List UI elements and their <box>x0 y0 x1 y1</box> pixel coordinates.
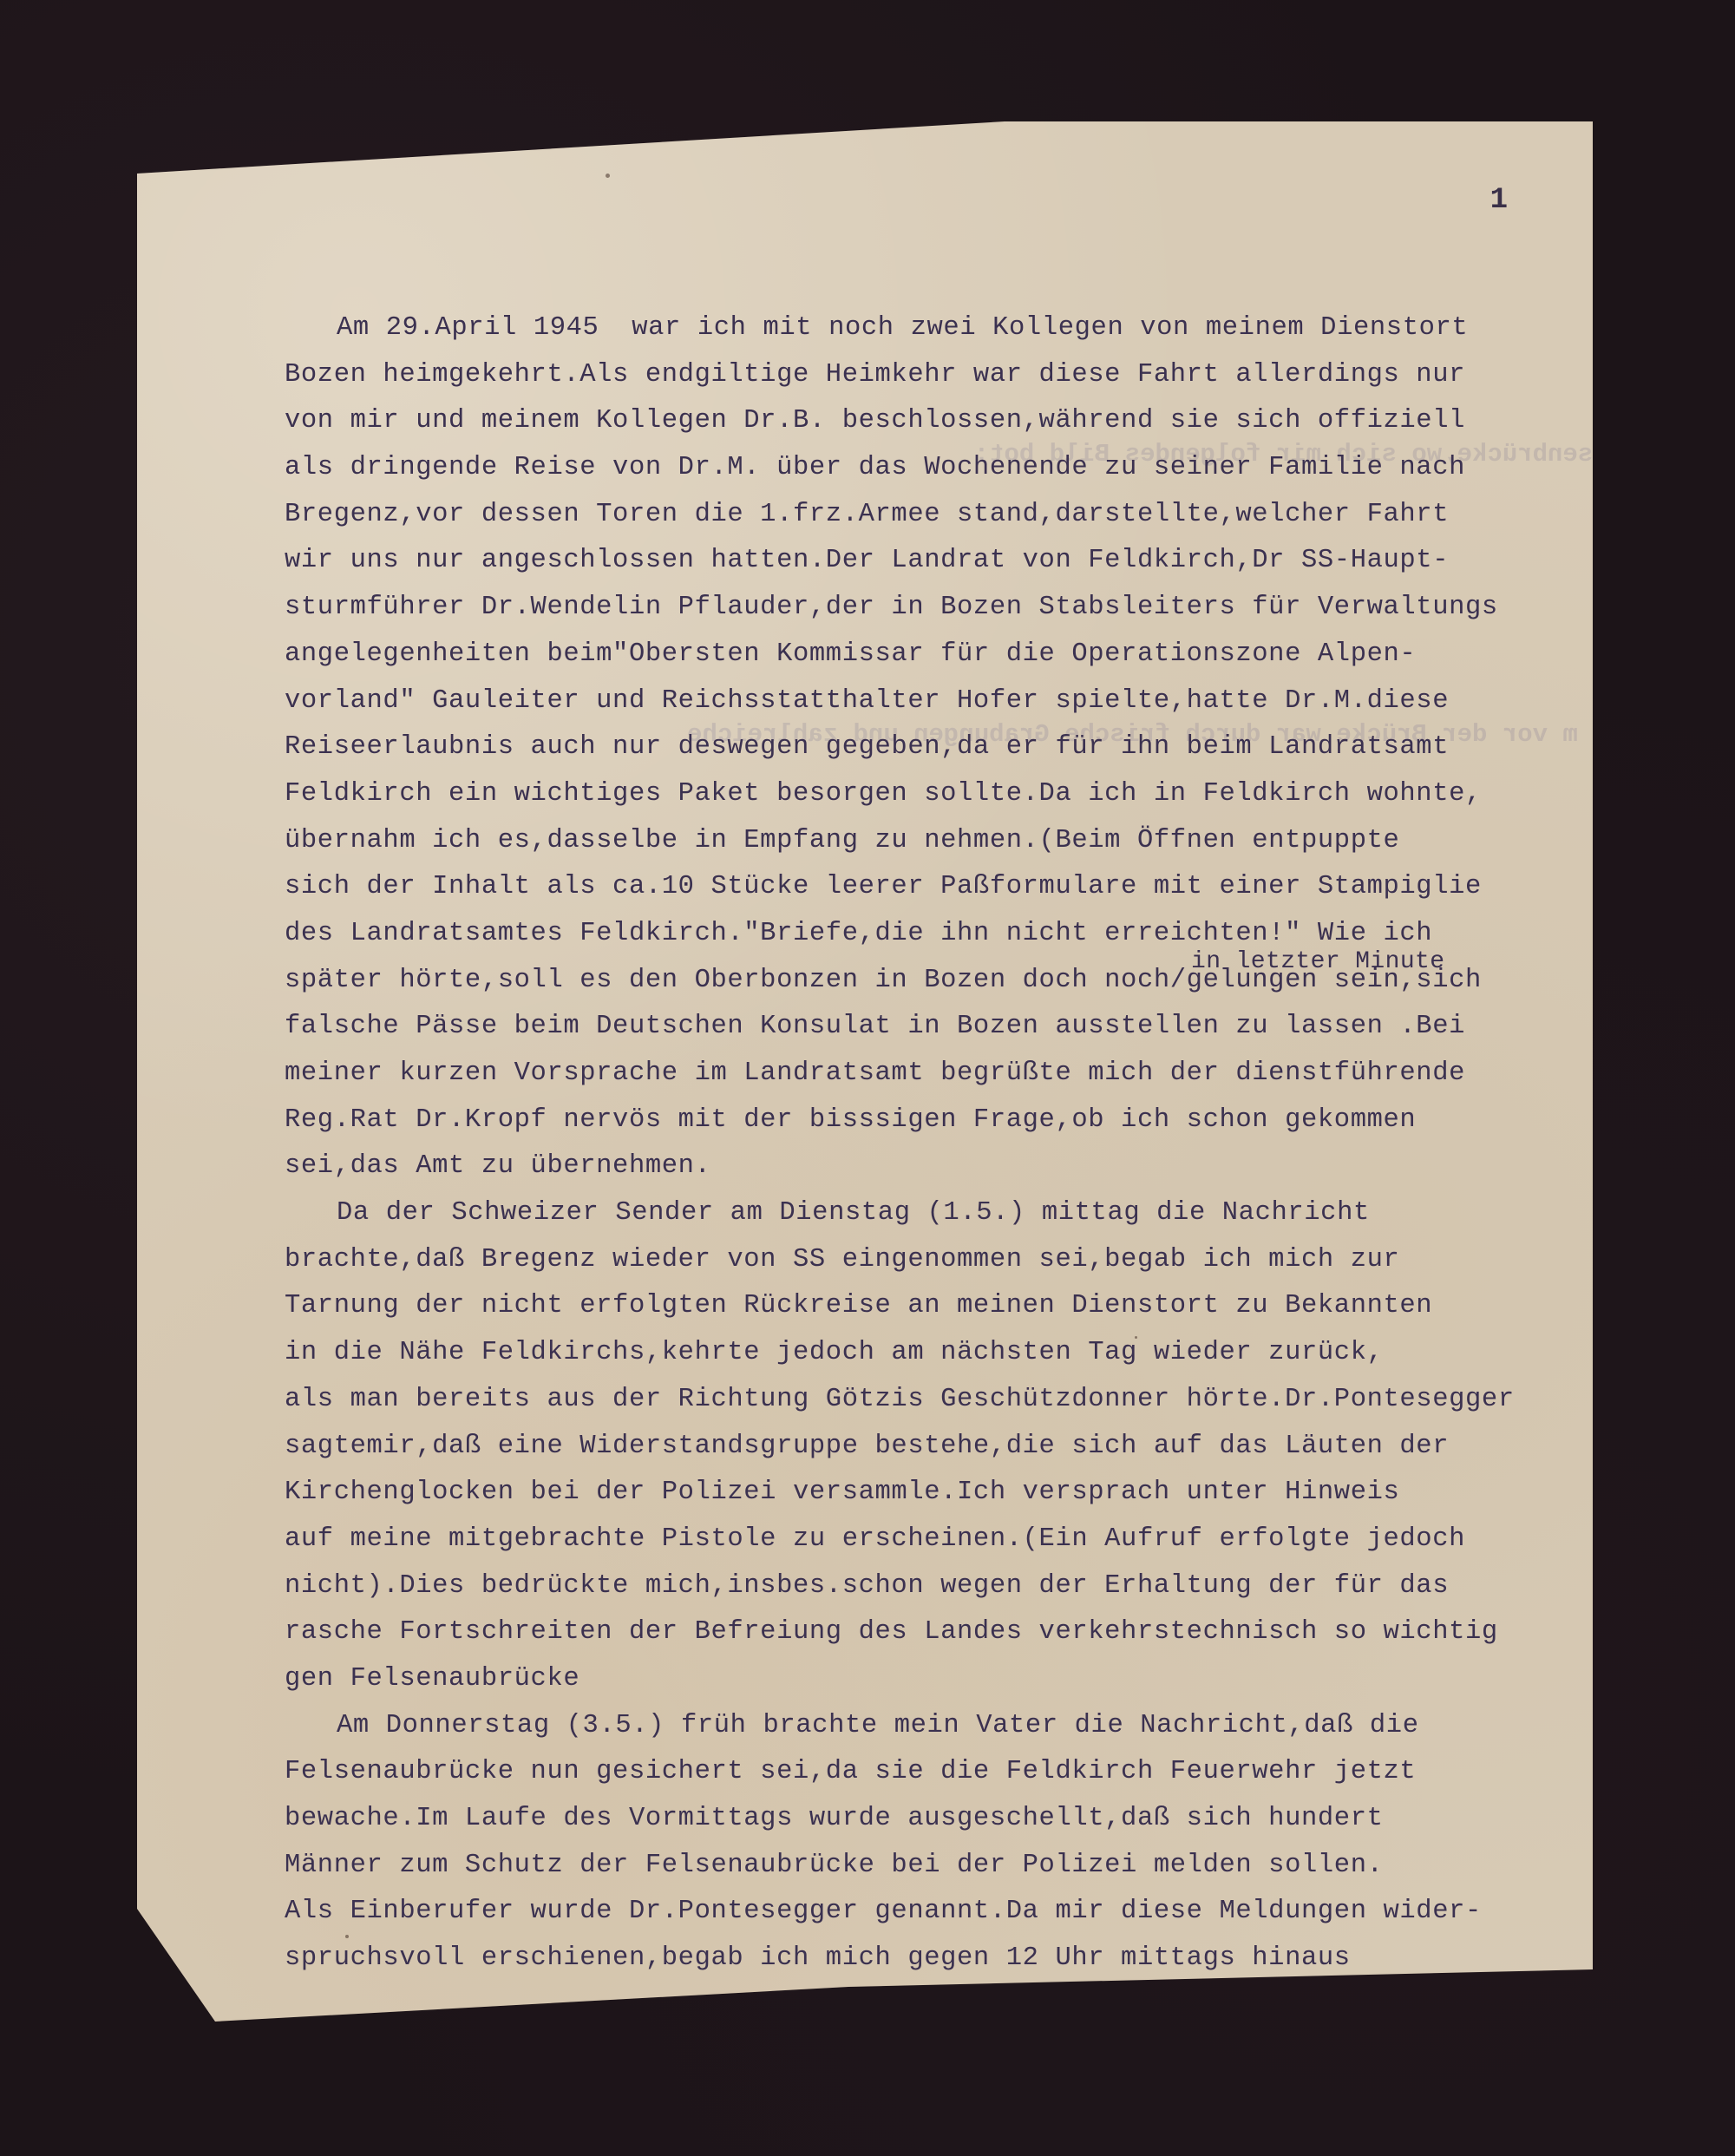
line-text: Bregenz,vor dessen Toren die 1.frz.Armee… <box>285 500 1449 529</box>
text-line: später hörte,soll es den Oberbonzen in B… <box>285 958 1586 1005</box>
text-line: Bregenz,vor dessen Toren die 1.frz.Armee… <box>285 492 1586 539</box>
line-text: Als Einberufer wurde Dr.Pontesegger gena… <box>285 1897 1482 1926</box>
text-line: Als Einberufer wurde Dr.Pontesegger gena… <box>285 1889 1586 1936</box>
text-line: Da der Schweizer Sender am Dienstag (1.5… <box>285 1190 1586 1237</box>
line-text: angelegenheiten beim"Obersten Kommissar … <box>285 639 1416 669</box>
line-text: Männer zum Schutz der Felsenaubrücke bei… <box>285 1851 1384 1880</box>
text-line: nicht).Dies bedrückte mich,insbes.schon … <box>285 1563 1586 1610</box>
text-line: Reg.Rat Dr.Kropf nervös mit der bisssige… <box>285 1098 1586 1144</box>
line-text: Reiseerlaubnis auch nur deswegen gegeben… <box>285 732 1449 762</box>
paper-speck <box>1135 1336 1137 1339</box>
body-text: Am 29.April 1945 war ich mit noch zwei K… <box>285 305 1586 1982</box>
text-line: als dringende Reise von Dr.M. über das W… <box>285 445 1586 492</box>
line-text: gen Felsenaubrücke <box>285 1664 579 1694</box>
page-number: 1 <box>1490 184 1508 217</box>
line-text: Felsenaubrücke nun gesichert sei,da sie … <box>285 1757 1416 1786</box>
line-text: spruchsvoll erschienen,begab ich mich ge… <box>285 1943 1351 1973</box>
text-line: als man bereits aus der Richtung Götzis … <box>285 1377 1586 1424</box>
line-text: meiner kurzen Vorsprache im Landratsamt … <box>285 1058 1465 1088</box>
text-line: von mir und meinem Kollegen Dr.B. beschl… <box>285 398 1586 445</box>
line-text: Reg.Rat Dr.Kropf nervös mit der bisssige… <box>285 1105 1416 1135</box>
line-text: falsche Pässe beim Deutschen Konsulat in… <box>285 1012 1465 1041</box>
interlinear-insertion: in letzter Minute <box>1191 939 1444 986</box>
text-line: Am 29.April 1945 war ich mit noch zwei K… <box>285 305 1586 352</box>
text-line: übernahm ich es,dasselbe in Empfang zu n… <box>285 818 1586 865</box>
text-line: falsche Pässe beim Deutschen Konsulat in… <box>285 1004 1586 1051</box>
line-text: Bozen heimgekehrt.Als endgiltige Heimkeh… <box>285 360 1465 390</box>
line-text: von mir und meinem Kollegen Dr.B. beschl… <box>285 406 1465 436</box>
text-line: sich der Inhalt als ca.10 Stücke leerer … <box>285 864 1586 911</box>
line-text: Kirchenglocken bei der Polizei versammle… <box>285 1478 1399 1507</box>
text-line: angelegenheiten beim"Obersten Kommissar … <box>285 632 1586 678</box>
line-text: auf meine mitgebrachte Pistole zu ersche… <box>285 1524 1465 1554</box>
text-line: sei,das Amt zu übernehmen. <box>285 1144 1586 1190</box>
line-text: Feldkirch ein wichtiges Paket besorgen s… <box>285 779 1482 809</box>
line-text: wir uns nur angeschlossen hatten.Der Lan… <box>285 546 1449 575</box>
line-text: Am 29.April 1945 war ich mit noch zwei K… <box>337 313 1468 343</box>
text-line: Männer zum Schutz der Felsenaubrücke bei… <box>285 1843 1586 1890</box>
text-line: Bozen heimgekehrt.Als endgiltige Heimkeh… <box>285 352 1586 399</box>
text-line: Tarnung der nicht erfolgten Rückreise an… <box>285 1283 1586 1330</box>
text-line: Kirchenglocken bei der Polizei versammle… <box>285 1470 1586 1517</box>
line-text: Tarnung der nicht erfolgten Rückreise an… <box>285 1291 1432 1320</box>
line-text: als man bereits aus der Richtung Götzis … <box>285 1385 1515 1414</box>
line-text: Da der Schweizer Sender am Dienstag (1.5… <box>337 1198 1370 1228</box>
line-text: brachte,daß Bregenz wieder von SS eingen… <box>285 1245 1399 1275</box>
text-line: vorland" Gauleiter und Reichsstatthalter… <box>285 678 1586 725</box>
text-line: Felsenaubrücke nun gesichert sei,da sie … <box>285 1749 1586 1796</box>
line-text: Am Donnerstag (3.5.) früh brachte mein V… <box>337 1711 1419 1740</box>
line-text: sturmführer Dr.Wendelin Pflauder,der in … <box>285 593 1498 622</box>
line-text: bewache.Im Laufe des Vormittags wurde au… <box>285 1804 1384 1833</box>
text-line: bewache.Im Laufe des Vormittags wurde au… <box>285 1796 1586 1843</box>
typewritten-page: zur Felsenbrücke,wo sich mir folgendes B… <box>137 121 1593 2022</box>
text-line: Am Donnerstag (3.5.) früh brachte mein V… <box>285 1703 1586 1750</box>
text-line: wir uns nur angeschlossen hatten.Der Lan… <box>285 538 1586 585</box>
paper-speck <box>345 1935 349 1938</box>
text-line: Feldkirch ein wichtiges Paket besorgen s… <box>285 771 1586 818</box>
line-text: rasche Fortschreiten der Befreiung des L… <box>285 1617 1498 1647</box>
line-text: nicht).Dies bedrückte mich,insbes.schon … <box>285 1571 1449 1601</box>
text-line: auf meine mitgebrachte Pistole zu ersche… <box>285 1517 1586 1563</box>
text-line: rasche Fortschreiten der Befreiung des L… <box>285 1609 1586 1656</box>
text-line: in die Nähe Feldkirchs,kehrte jedoch am … <box>285 1330 1586 1377</box>
line-text: vorland" Gauleiter und Reichsstatthalter… <box>285 686 1449 716</box>
line-text: in die Nähe Feldkirchs,kehrte jedoch am … <box>285 1338 1384 1367</box>
text-line: Reiseerlaubnis auch nur deswegen gegeben… <box>285 724 1586 771</box>
text-line: gen Felsenaubrücke <box>285 1656 1586 1703</box>
line-text: sich der Inhalt als ca.10 Stücke leerer … <box>285 872 1482 901</box>
text-line: sturmführer Dr.Wendelin Pflauder,der in … <box>285 585 1586 632</box>
paper-speck <box>606 174 610 178</box>
text-line: brachte,daß Bregenz wieder von SS eingen… <box>285 1237 1586 1284</box>
text-line: sagtemir,daß eine Widerstandsgruppe best… <box>285 1424 1586 1471</box>
line-text: sagtemir,daß eine Widerstandsgruppe best… <box>285 1432 1449 1461</box>
line-text: als dringende Reise von Dr.M. über das W… <box>285 453 1465 482</box>
line-text: sei,das Amt zu übernehmen. <box>285 1151 710 1181</box>
text-line: meiner kurzen Vorsprache im Landratsamt … <box>285 1051 1586 1098</box>
line-text: übernahm ich es,dasselbe in Empfang zu n… <box>285 826 1399 855</box>
